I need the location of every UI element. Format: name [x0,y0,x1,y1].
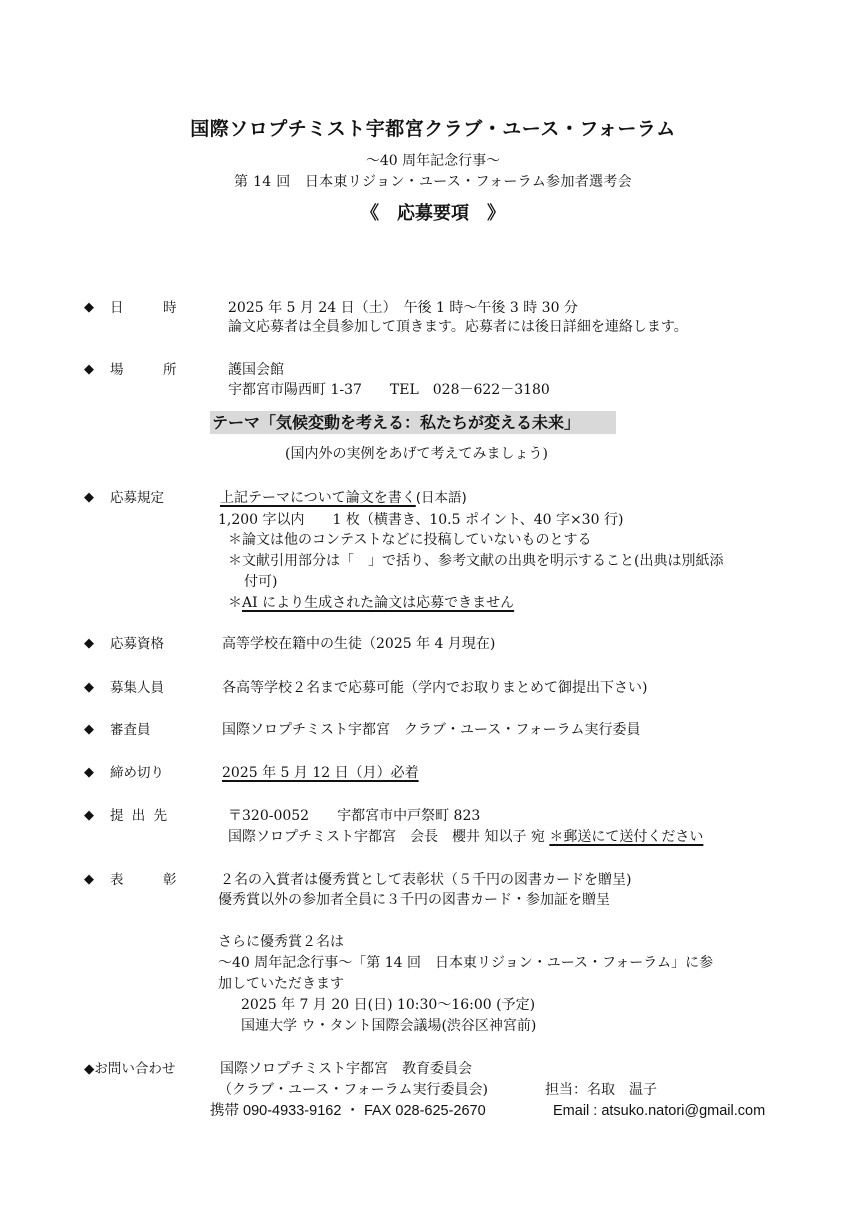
submit-recipient: 国際ソロプチミスト宇都宮 会長 櫻井 知以子 宛 [228,829,545,845]
awards-participants: 優秀賞以外の参加者全員に３千円の図書カード・参加証を贈呈 [218,889,610,911]
awards-extra-intro: さらに優秀賞２名は [218,931,344,953]
diamond-bullet-icon: ◆ [84,359,94,381]
rules-ai-prefix: ＊ [228,595,242,611]
diamond-bullet-icon: ◆ [84,762,94,784]
document-subtitle: ～40 周年記念行事～ [0,150,866,170]
label-date-a: 日 [110,297,124,319]
label-submit-to: 提 出 先 [110,805,169,827]
document-page: 国際ソロプチミスト宇都宮クラブ・ユース・フォーラム ～40 周年記念行事～ 第 … [0,0,866,1224]
diamond-bullet-icon: ◆ [84,677,94,699]
rules-length: 1,200 字以内 1 枚（横書き、10.5 ポイント、40 字×30 行) [218,509,623,531]
submit-postal-address: 〒320-0052 宇都宮市中戸祭町 823 [228,805,480,827]
awards-winners: ２名の入賞者は優秀賞として表彰状（５千円の図書カードを贈呈) [220,869,631,891]
contact-org: 国際ソロプチミスト宇都宮 教育委員会 [220,1058,472,1080]
diamond-bullet-icon: ◆ [84,869,94,891]
awards-event-venue: 国連大学 ウ・タント国際会議場(渋谷区神宮前) [241,1015,536,1037]
rules-main-underlined: 上記テーマについて論文を書く [220,490,416,506]
eligibility-value: 高等学校在籍中の生徒（2025 年 4 月現在) [222,633,495,655]
awards-extra-event: ～40 周年記念行事～「第 14 回 日本東リジョン・ユース・フォーラム」に参 [218,952,713,974]
label-awards-b: 彰 [163,869,177,891]
document-title: 国際ソロプチミスト宇都宮クラブ・ユース・フォーラム [0,114,866,141]
judges-value: 国際ソロプチミスト宇都宮 クラブ・ユース・フォーラム実行委員 [222,719,640,741]
diamond-bullet-icon: ◆ [84,719,94,741]
label-venue-b: 所 [163,359,177,381]
label-deadline: 締め切り [110,762,164,784]
contact-committee: （クラブ・ユース・フォーラム実行委員会) [218,1079,488,1101]
rules-note-citation: ＊文献引用部分は「 」で括り、参考文献の出典を明示すること(出典は別紙添 [228,550,723,572]
diamond-bullet-icon: ◆ [84,487,94,509]
rules-note-citation-cont: 付可) [244,571,277,593]
rules-note-original: ＊論文は他のコンテストなどに投稿していないものとする [228,529,591,551]
venue-address: 宇都宮市陽西町 1-37 TEL 028－622－3180 [228,379,550,401]
diamond-bullet-icon: ◆ [84,633,94,655]
label-venue-a: 場 [110,359,124,381]
date-time-note: 論文応募者は全員参加して頂きます。応募者には後日詳細を連絡します。 [228,316,688,338]
awards-event-date: 2025 年 7 月 20 日(日) 10:30～16:00 (予定) [241,994,535,1016]
label-rules: 応募規定 [110,487,164,509]
label-eligibility: 応募資格 [110,633,164,655]
rules-ai-underlined: AI により生成された論文は応募できません [242,595,514,611]
diamond-bullet-icon: ◆ [84,297,94,319]
recruitment-value: 各高等学校２名まで応募可能（学内でお取りまとめて御提出下さい) [222,677,647,699]
diamond-bullet-icon: ◆ [84,805,94,827]
contact-person: 担当：名取 温子 [545,1079,657,1101]
label-recruitment: 募集人員 [110,677,164,699]
venue-name: 護国会館 [228,359,284,381]
rules-main-suffix: (日本語) [416,490,467,506]
label-judges: 審査員 [110,719,151,741]
label-awards-a: 表 [110,869,124,891]
doc-heading: 《 応募要項 》 [0,199,866,225]
contact-email[interactable]: Email : atsuko.natori@gmail.com [553,1100,765,1122]
label-contact: ◆お問い合わせ [84,1058,175,1080]
event-name: 第 14 回 日本東リジョン・ユース・フォーラム参加者選考会 [0,171,866,191]
deadline-value: 2025 年 5 月 12 日（月）必着 [222,762,419,784]
label-date-b: 時 [163,297,177,319]
submit-mail-note: ＊郵送にて送付ください [549,829,703,845]
theme-highlight: テーマ「気候変動を考える：私たちが変える未来」 [210,411,616,434]
contact-phone-fax: 携帯 090-4933-9162 ・ FAX 028-625-2670 [210,1100,486,1122]
awards-extra-event-cont: 加していただきます [218,973,344,995]
theme-note: (国内外の実例をあげて考えてみましょう) [285,443,548,465]
